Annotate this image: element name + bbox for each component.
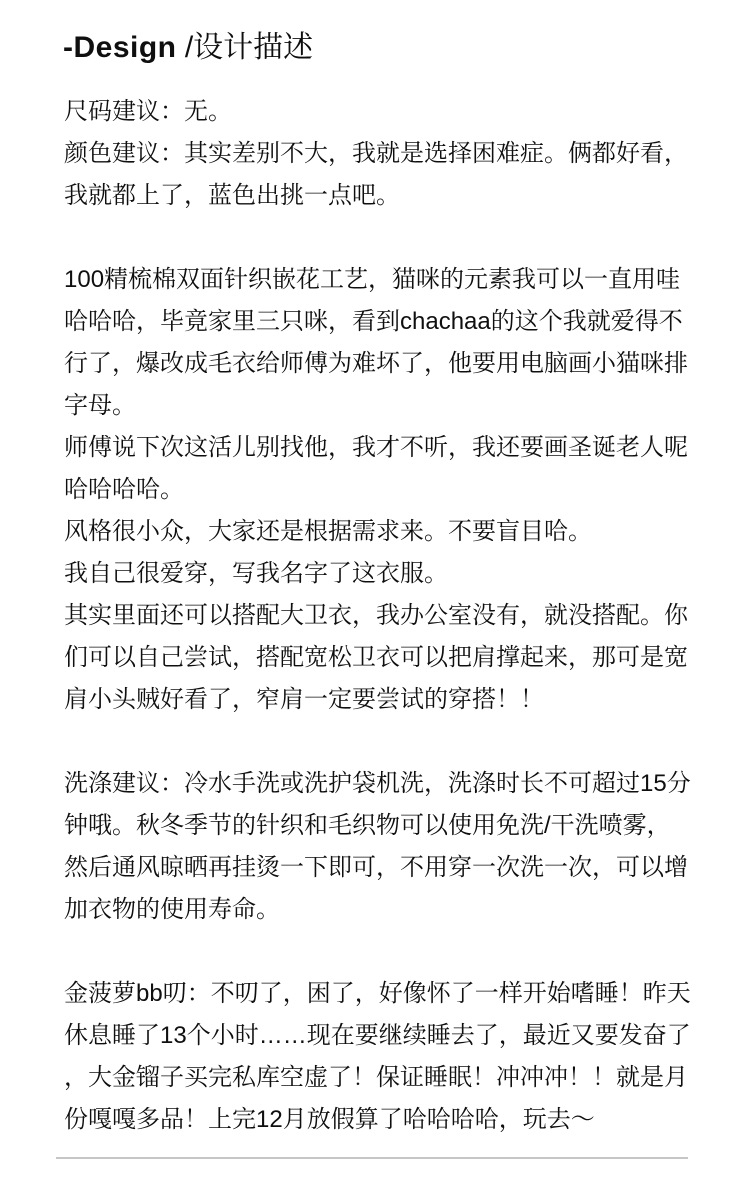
product-description-page: -Design /设计描述 尺码建议：无。 颜色建议：其实差别不大，我就是选择困…: [0, 0, 750, 1181]
paragraph-style: 风格很小众，大家还是根据需求来。不要盲目哈。: [64, 511, 692, 553]
description-body: 尺码建议：无。 颜色建议：其实差别不大，我就是选择困难症。俩都好看，我就都上了，…: [64, 91, 692, 1141]
section-size-color-advice: 尺码建议：无。 颜色建议：其实差别不大，我就是选择困难症。俩都好看，我就都上了，…: [64, 91, 692, 217]
section-seller-note: 金菠萝bb叨：不叨了，困了，好像怀了一样开始嗜睡！昨天休息睡了13个小时……现在…: [64, 973, 692, 1141]
title-chinese: /设计描述: [177, 31, 314, 64]
divider: [56, 1157, 688, 1159]
paragraph-color-advice: 颜色建议：其实差别不大，我就是选择困难症。俩都好看，我就都上了，蓝色出挑一点吧。: [64, 133, 692, 217]
title-english: -Design: [63, 31, 177, 64]
paragraph-seller-note: 金菠萝bb叨：不叨了，困了，好像怀了一样开始嗜睡！昨天休息睡了13个小时……现在…: [64, 973, 692, 1141]
paragraph-washing: 洗涤建议：冷水手洗或洗护袋机洗，洗涤时长不可超过15分钟哦。秋冬季节的针织和毛织…: [64, 763, 692, 931]
paragraph-outfit-tip: 其实里面还可以搭配大卫衣，我办公室没有，就没搭配。你们可以自己尝试，搭配宽松卫衣…: [64, 595, 692, 721]
paragraph-personal: 我自己很爱穿，写我名字了这衣服。: [64, 553, 692, 595]
section-design-story: 100精梳棉双面针织嵌花工艺，猫咪的元素我可以一直用哇哈哈哈，毕竟家里三只咪，看…: [64, 259, 692, 721]
paragraph-tailor: 师傅说下次这活儿别找他，我才不听，我还要画圣诞老人呢哈哈哈哈。: [64, 427, 692, 511]
section-washing-advice: 洗涤建议：冷水手洗或洗护袋机洗，洗涤时长不可超过15分钟哦。秋冬季节的针织和毛织…: [64, 763, 692, 931]
paragraph-size-advice: 尺码建议：无。: [64, 91, 692, 133]
page-title: -Design /设计描述: [63, 0, 750, 69]
paragraph-craft: 100精梳棉双面针织嵌花工艺，猫咪的元素我可以一直用哇哈哈哈，毕竟家里三只咪，看…: [64, 259, 692, 427]
